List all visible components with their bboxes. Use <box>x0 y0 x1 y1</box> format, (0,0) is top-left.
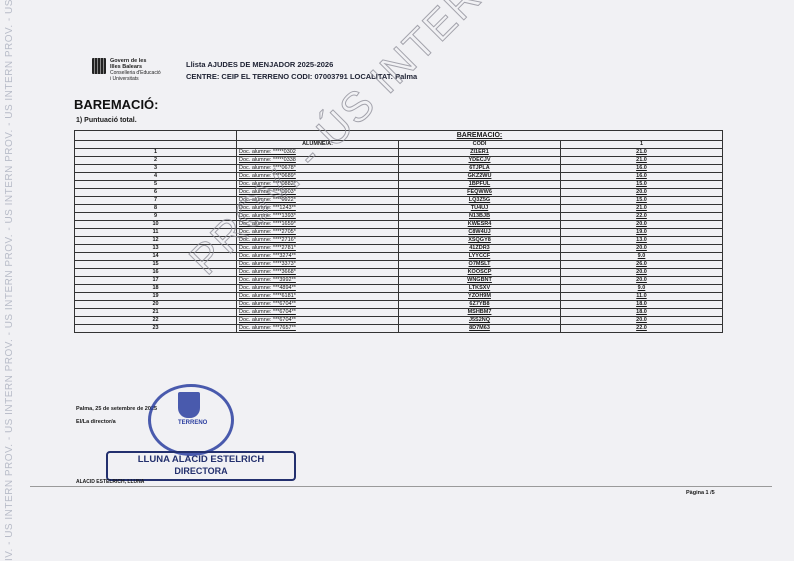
scores-table: BAREMACIÓ: ALUMNE/A: CODI 1 1Doc. alumne… <box>74 130 723 333</box>
table-row: 15Doc. alumne: ****3373*O7MSLT26.0 <box>75 261 723 269</box>
row-score: 13.0 <box>561 237 723 245</box>
row-number: 1 <box>75 149 237 157</box>
row-student: Doc. alumne: ***3992** <box>237 277 399 285</box>
row-score: 16.0 <box>561 173 723 181</box>
footer-divider <box>30 486 772 487</box>
table-row: 16Doc. alumne: ****3668*KOOSCP20.0 <box>75 269 723 277</box>
table-row: 23Doc. alumne: ***7657**8D7M6322.0 <box>75 325 723 333</box>
row-code: 8D7M63 <box>399 325 561 333</box>
subsection-title: 1) Puntuació total. <box>76 117 137 124</box>
table-row: 18Doc. alumne: ***4894**LTKSXV9.0 <box>75 285 723 293</box>
row-score: 18.0 <box>561 301 723 309</box>
table-row: 19Doc. alumne: ****6181*YZOH9M11.0 <box>75 293 723 301</box>
row-code: FEQWW6 <box>399 189 561 197</box>
signature-stamp: LLUNA ALACID ESTELRICH DIRECTORA <box>106 451 296 481</box>
row-student: Doc. alumne: ****3668* <box>237 269 399 277</box>
row-student: Doc. alumne: ***6704** <box>237 301 399 309</box>
row-student: Doc. alumne: ****2716* <box>237 237 399 245</box>
table-row: 14Doc. alumne: ***3274**LYYCCF9.0 <box>75 253 723 261</box>
row-score: 26.0 <box>561 261 723 269</box>
row-number: 8 <box>75 205 237 213</box>
row-number: 3 <box>75 165 237 173</box>
table-row: 6Doc. alumne: ****0903*FEQWW620.0 <box>75 189 723 197</box>
table-row: 4Doc. alumne: ****0689*GKZ2WU16.0 <box>75 173 723 181</box>
row-score: 16.0 <box>561 165 723 173</box>
coat-of-arms-icon <box>92 58 106 74</box>
table-row: 9Doc. alumne: ****1393*N13BJB22.0 <box>75 213 723 221</box>
row-code: YZOH9M <box>399 293 561 301</box>
row-code: LQ3Z5G <box>399 197 561 205</box>
row-number: 23 <box>75 325 237 333</box>
table-row: 13Doc. alumne: ****2781*41ZDR320.0 <box>75 245 723 253</box>
table-row: 22Doc. alumne: ***6704**J5S2NQ20.0 <box>75 317 723 325</box>
row-score: 15.0 <box>561 181 723 189</box>
row-score: 22.0 <box>561 213 723 221</box>
row-student: Doc. alumne: ****6181* <box>237 293 399 301</box>
row-score: 20.0 <box>561 277 723 285</box>
row-score: 22.0 <box>561 325 723 333</box>
row-score: 19.0 <box>561 229 723 237</box>
row-student: Doc. alumne: ***7657** <box>237 325 399 333</box>
row-code: MSHBM7 <box>399 309 561 317</box>
signature-role: DIRECTORA <box>108 466 294 476</box>
table-row: 11Doc. alumne: ****2705*C8W4UJ19.0 <box>75 229 723 237</box>
row-code: KWESR4 <box>399 221 561 229</box>
stamp-text: TERRENO <box>178 420 207 426</box>
page-number: Pàgina 1 /5 <box>686 490 715 496</box>
row-code: 6TJPLA <box>399 165 561 173</box>
row-score: 9.0 <box>561 253 723 261</box>
table-row: 3Doc. alumne: ****0678*6TJPLA16.0 <box>75 165 723 173</box>
col-header-score: 1 <box>561 141 723 149</box>
table-row: 10Doc. alumne: ****1659*KWESR420.0 <box>75 221 723 229</box>
row-score: 18.0 <box>561 309 723 317</box>
row-score: 15.0 <box>561 197 723 205</box>
signature-name: LLUNA ALACID ESTELRICH <box>108 454 294 466</box>
row-score: 21.0 <box>561 157 723 165</box>
row-score: 20.0 <box>561 189 723 197</box>
row-code: LYYCCF <box>399 253 561 261</box>
row-code: WNGBNT <box>399 277 561 285</box>
col-header-num <box>75 141 237 149</box>
row-code: O7MSLT <box>399 261 561 269</box>
table-row: 5Doc. alumne: ****0882*1BPFUL15.0 <box>75 181 723 189</box>
row-student: Doc. alumne: ****2781* <box>237 245 399 253</box>
row-score: 20.0 <box>561 221 723 229</box>
row-code: ZI1ER1 <box>399 149 561 157</box>
row-number: 18 <box>75 285 237 293</box>
row-code: LTKSXV <box>399 285 561 293</box>
side-watermark: IV. - ÚS INTERN PROV. - ÚS INTERN PROV. … <box>4 0 24 561</box>
row-code: 1BPFUL <box>399 181 561 189</box>
logo-text: Govern de les Illes Balears Conselleria … <box>110 58 161 82</box>
row-student: Doc. alumne: ***6704** <box>237 317 399 325</box>
row-number: 20 <box>75 301 237 309</box>
row-code: C8W4UJ <box>399 229 561 237</box>
row-score: 21.0 <box>561 149 723 157</box>
table-row: 17Doc. alumne: ***3992**WNGBNT20.0 <box>75 277 723 285</box>
row-code: KOOSCP <box>399 269 561 277</box>
document-page: IV. - ÚS INTERN PROV. - ÚS INTERN PROV. … <box>0 0 794 561</box>
row-code: TU4UJ <box>399 205 561 213</box>
row-code: YDECJV <box>399 157 561 165</box>
row-score: 20.0 <box>561 245 723 253</box>
section-title: BAREMACIÓ: <box>74 97 159 112</box>
row-student: Doc. alumne: ***3274** <box>237 253 399 261</box>
row-code: 6Z7YB8 <box>399 301 561 309</box>
row-student: Doc. alumne: ****3373* <box>237 261 399 269</box>
signer-name: ALACID ESTELRICH, LLUNA <box>76 479 144 485</box>
stamp-shield-icon <box>178 392 200 418</box>
row-score: 11.0 <box>561 293 723 301</box>
row-number: 21 <box>75 309 237 317</box>
row-code: J5S2NQ <box>399 317 561 325</box>
signer-role-label: El/La director/a <box>76 419 116 425</box>
table-row: 20Doc. alumne: ***6704**6Z7YB818.0 <box>75 301 723 309</box>
row-score: 21.0 <box>561 205 723 213</box>
table-row: 8Doc. alumne: ***1243**TU4UJ21.0 <box>75 205 723 213</box>
row-number: 7 <box>75 197 237 205</box>
row-score: 20.0 <box>561 317 723 325</box>
row-code: N13BJB <box>399 213 561 221</box>
table-row: 1Doc. alumne: *****0302ZI1ER121.0 <box>75 149 723 157</box>
row-number: 19 <box>75 293 237 301</box>
row-score: 20.0 <box>561 269 723 277</box>
government-logo: Govern de les Illes Balears Conselleria … <box>92 58 161 82</box>
row-student: Doc. alumne: ***6704** <box>237 309 399 317</box>
row-number: 6 <box>75 189 237 197</box>
table-corner <box>75 131 237 141</box>
col-header-code: CODI <box>399 141 561 149</box>
row-student: Doc. alumne: ***4894** <box>237 285 399 293</box>
table-row: 2Doc. alumne: *****0338YDECJV21.0 <box>75 157 723 165</box>
row-number: 22 <box>75 317 237 325</box>
table-row: 21Doc. alumne: ***6704**MSHBM718.0 <box>75 309 723 317</box>
table-row: 12Doc. alumne: ****2716*XSQGY813.0 <box>75 237 723 245</box>
row-number: 2 <box>75 157 237 165</box>
row-score: 9.0 <box>561 285 723 293</box>
row-number: 5 <box>75 181 237 189</box>
place-date: Palma, 25 de setembre de 2025 <box>76 406 157 412</box>
row-code: GKZ2WU <box>399 173 561 181</box>
row-code: XSQGY8 <box>399 237 561 245</box>
table-row: 7Doc. alumne: ****0922*LQ3Z5G15.0 <box>75 197 723 205</box>
row-number: 4 <box>75 173 237 181</box>
row-code: 41ZDR3 <box>399 245 561 253</box>
